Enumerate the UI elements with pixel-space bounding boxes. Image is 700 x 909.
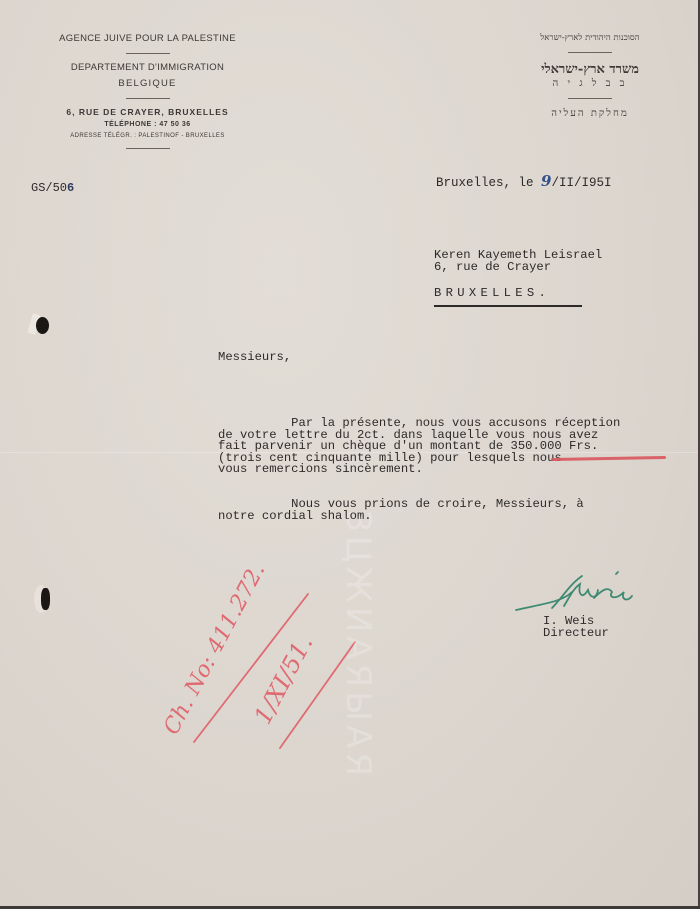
letterhead-department: DEPARTEMENT D'IMMIGRATION — [20, 62, 275, 73]
salutation: Messieurs, — [218, 352, 291, 364]
date-prefix: Bruxelles, le — [436, 176, 541, 190]
signatory-title: Directeur — [543, 628, 609, 640]
date-day-handwritten: 9 — [541, 172, 551, 190]
letter-date: Bruxelles, le 9/II/I95I — [436, 176, 611, 190]
paper-watermark: ЗЦЖИАЯЫАЯ — [338, 510, 378, 780]
letterhead-hebrew: הסוכנות היהודית לארץ-ישראל משרד ארץ-ישרא… — [490, 32, 690, 119]
letterhead-address: 6, RUE DE CRAYER, BRUXELLES — [20, 107, 275, 117]
letterhead-hebrew-country: ב ב ל ג י ה — [490, 78, 690, 89]
date-suffix: /II/I95I — [551, 176, 611, 190]
recipient-city: BRUXELLES. — [434, 288, 550, 300]
letterhead-org: AGENCE JUIVE POUR LA PALESTINE — [20, 33, 275, 44]
signature-scrawl — [512, 570, 642, 620]
letter-page: AGENCE JUIVE POUR LA PALESTINE DEPARTEME… — [0, 0, 698, 906]
letterhead-divider — [568, 98, 612, 99]
signatory: I. WeisDirecteur — [543, 616, 609, 639]
letterhead-french: AGENCE JUIVE POUR LA PALESTINE DEPARTEME… — [20, 30, 275, 157]
recipient-address: Keren Kayemeth Leisrael6, rue de Crayer — [434, 250, 602, 273]
letterhead-divider — [126, 53, 170, 54]
body-paragraph-2: Nous vous prions de croire, Messieurs, à… — [218, 499, 584, 522]
punch-hole — [36, 317, 49, 334]
letterhead-divider — [126, 148, 170, 149]
recipient-line: 6, rue de Crayer — [434, 262, 602, 274]
letterhead-divider — [126, 98, 170, 99]
letterhead-hebrew-department: מחלקת העליה — [490, 108, 690, 119]
letterhead-telegraph: ADRESSE TÉLÉGR. : PALESTINOF - BRUXELLES — [20, 133, 275, 139]
letterhead-country: BELGIQUE — [20, 78, 275, 89]
punch-hole — [41, 588, 50, 610]
reference-handwritten: 6 — [67, 181, 74, 195]
reference-number: GS/506 — [31, 183, 74, 195]
reference-typed: GS/50 — [31, 181, 67, 195]
letterhead-telephone: TÉLÉPHONE : 47 50 36 — [20, 121, 275, 128]
annotation-date: 1/XI/51. — [249, 631, 319, 729]
letterhead-divider — [568, 52, 612, 53]
recipient-city-underline — [434, 305, 582, 307]
letterhead-hebrew-office: משרד ארץ-ישראלי — [490, 61, 690, 77]
body-paragraph-1: Par la présente, nous vous accusons réce… — [218, 418, 620, 476]
letterhead-hebrew-org: הסוכנות היהודית לארץ-ישראל — [490, 32, 690, 43]
